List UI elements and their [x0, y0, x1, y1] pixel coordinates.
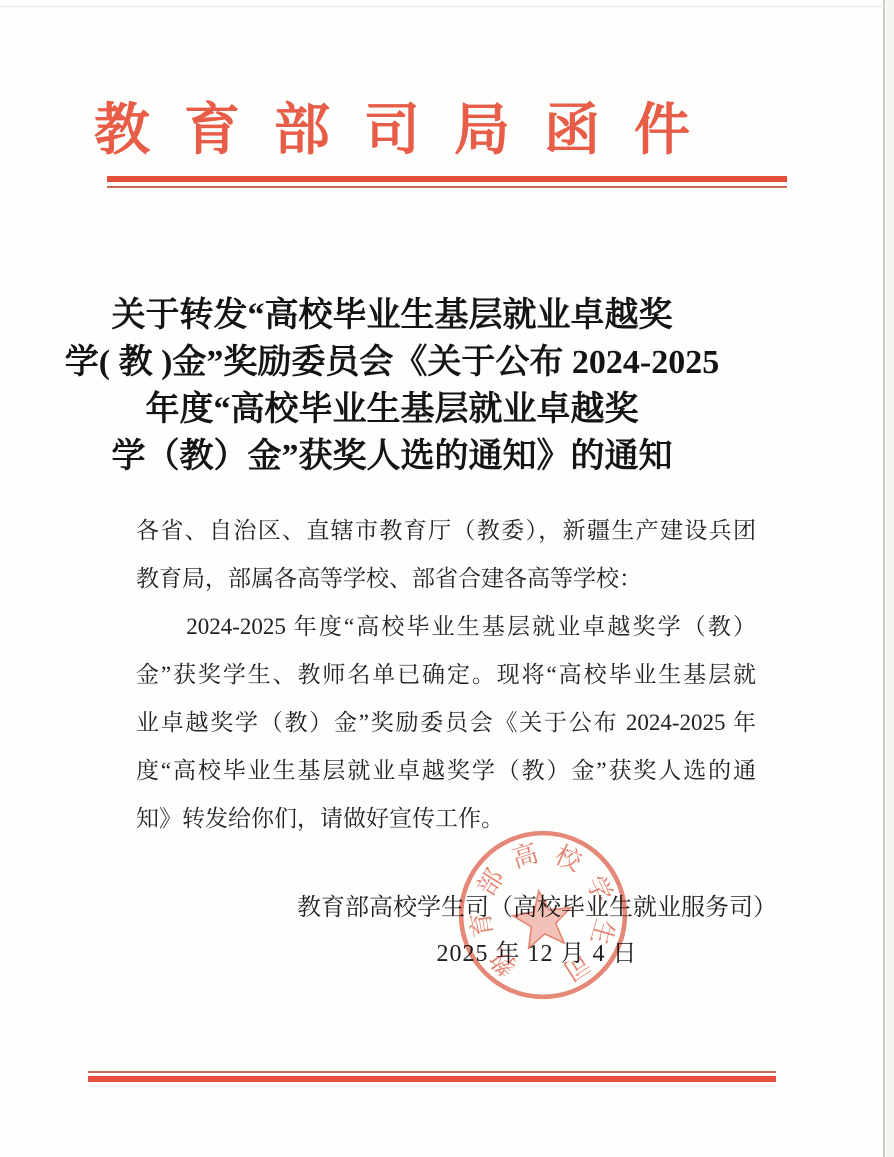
scan-page-edge [883, 0, 885, 1157]
divider-thin-line [107, 186, 787, 188]
divider-thick-line [88, 1076, 776, 1082]
signature-block: 教育部高校学生司（高校毕业生就业服务司） 2025 年 12 月 4 日 [297, 885, 777, 977]
document-body: 各省、自治区、直辖市教育厅（教委），新疆生产建设兵团教育局，部属各高等学校、部省… [136, 507, 756, 843]
text-line: 学( 教 )金”奖励委员会《关于公布 2024-2025 [40, 339, 744, 386]
divider-thin-line [88, 1071, 776, 1073]
document-page: 教育部司局函件 关于转发“高校毕业生基层就业卓越奖学( 教 )金”奖励委员会《关… [0, 0, 894, 1157]
letterhead-title: 教育部司局函件 [0, 86, 784, 166]
recipients-paragraph: 各省、自治区、直辖市教育厅（教委），新疆生产建设兵团教育局，部属各高等学校、部省… [136, 507, 756, 603]
signature-date: 2025 年 12 月 4 日 [297, 931, 777, 977]
signature-issuer: 教育部高校学生司（高校毕业生就业服务司） [297, 885, 777, 931]
text-line: 教育局，部属各高等学校、部省合建各高等学校： [136, 555, 756, 603]
divider-thick-line [107, 176, 787, 182]
text-line: 关于转发“高校毕业生基层就业卓越奖 [40, 292, 744, 339]
text-line: 业卓越奖学（教）金”奖励委员会《关于公布 2024-2025 年 [136, 699, 756, 747]
letterhead-divider [107, 176, 787, 188]
seal-character: 校 [551, 840, 587, 877]
scan-margin [886, 0, 894, 1157]
seal-character: 高 [508, 838, 541, 873]
text-line: 2024-2025 年度“高校毕业生基层就业卓越奖学（教） [136, 603, 756, 651]
text-line: 金”获奖学生、教师名单已确定。现将“高校毕业生基层就 [136, 651, 756, 699]
text-line: 度“高校毕业生基层就业卓越奖学（教）金”获奖人选的通 [136, 747, 756, 795]
text-line: 学（教）金”获奖人选的通知》的通知 [40, 433, 744, 480]
scan-top-edge [0, 6, 884, 7]
footer-divider [88, 1071, 776, 1082]
main-paragraph: 2024-2025 年度“高校毕业生基层就业卓越奖学（教）金”获奖学生、教师名单… [136, 603, 756, 843]
text-line: 年度“高校毕业生基层就业卓越奖 [40, 386, 744, 433]
document-title: 关于转发“高校毕业生基层就业卓越奖学( 教 )金”奖励委员会《关于公布 2024… [40, 292, 744, 480]
text-line: 知》转发给你们，请做好宣传工作。 [136, 795, 756, 843]
text-line: 各省、自治区、直辖市教育厅（教委），新疆生产建设兵团 [136, 507, 756, 555]
